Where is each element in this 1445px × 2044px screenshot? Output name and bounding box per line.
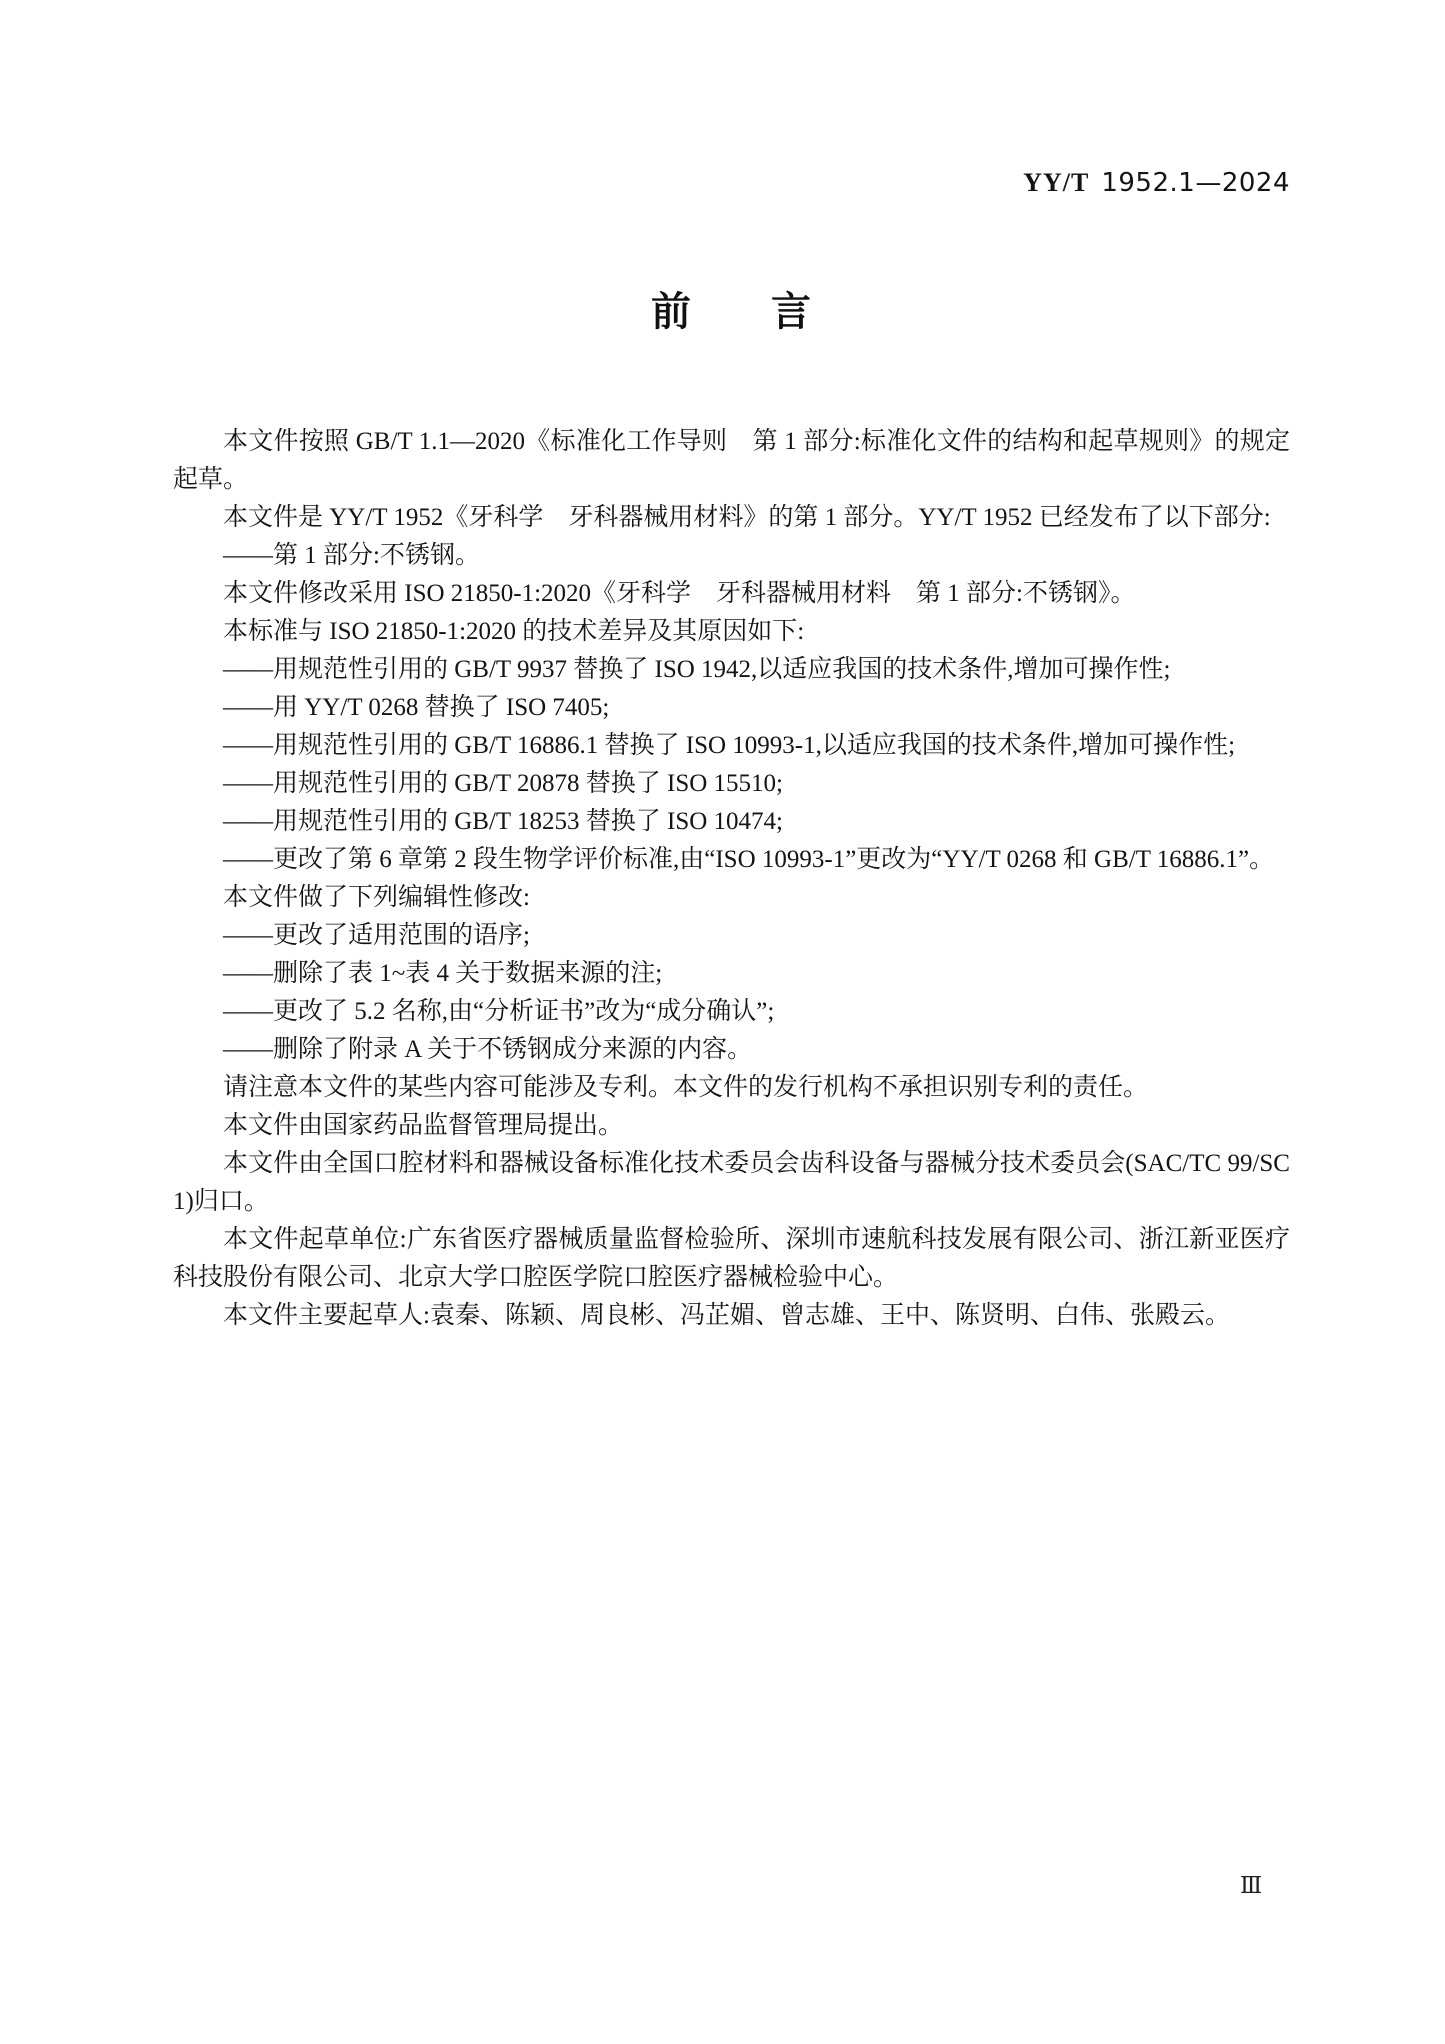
- paragraph-patent-notice: 请注意本文件的某些内容可能涉及专利。本文件的发行机构不承担识别专利的责任。: [173, 1069, 1290, 1107]
- page-title: 前 言: [172, 288, 1290, 336]
- list-item-editorial-1: ——更改了适用范围的语序;: [173, 917, 1290, 955]
- paragraph-modified-adoption: 本文件修改采用 ISO 21850-1:2020《牙科学 牙科器械用材料 第 1…: [173, 575, 1290, 613]
- foreword-body: 本文件按照 GB/T 1.1—2020《标准化工作导则 第 1 部分:标准化文件…: [173, 423, 1290, 1335]
- list-item-editorial-3: ——更改了 5.2 名称,由“分析证书”改为“成分确认”;: [173, 993, 1290, 1031]
- paragraph-part-statement: 本文件是 YY/T 1952《牙科学 牙科器械用材料》的第 1 部分。YY/T …: [173, 499, 1290, 537]
- list-item-difference-6: ——更改了第 6 章第 2 段生物学评价标准,由“ISO 10993-1”更改为…: [173, 841, 1290, 879]
- list-item-part-1: ——第 1 部分:不锈钢。: [173, 537, 1290, 575]
- paragraph-editorial-changes-intro: 本文件做了下列编辑性修改:: [173, 879, 1290, 917]
- paragraph-drafting-organizations: 本文件起草单位:广东省医疗器械质量监督检验所、深圳市速航科技发展有限公司、浙江新…: [173, 1221, 1290, 1297]
- standard-edition: 1952.1—2024: [1101, 168, 1290, 198]
- paragraph-drafters: 本文件主要起草人:袁秦、陈颖、周良彬、冯芷媚、曾志雄、王中、陈贤明、白伟、张殿云…: [173, 1297, 1290, 1335]
- paragraph-drafting-basis: 本文件按照 GB/T 1.1—2020《标准化工作导则 第 1 部分:标准化文件…: [173, 423, 1290, 499]
- list-item-difference-4: ——用规范性引用的 GB/T 20878 替换了 ISO 15510;: [173, 765, 1290, 803]
- list-item-difference-5: ——用规范性引用的 GB/T 18253 替换了 ISO 10474;: [173, 803, 1290, 841]
- list-item-difference-2: ——用 YY/T 0268 替换了 ISO 7405;: [173, 689, 1290, 727]
- standard-code: YY/T: [1023, 168, 1089, 197]
- document-page: YY/T1952.1—2024 前 言 本文件按照 GB/T 1.1—2020《…: [0, 0, 1445, 2044]
- paragraph-centralized-by: 本文件由全国口腔材料和器械设备标准化技术委员会齿科设备与器械分技术委员会(SAC…: [173, 1145, 1290, 1221]
- page-number: Ⅲ: [1240, 1872, 1262, 1900]
- list-item-difference-1: ——用规范性引用的 GB/T 9937 替换了 ISO 1942,以适应我国的技…: [173, 651, 1290, 689]
- list-item-difference-3: ——用规范性引用的 GB/T 16886.1 替换了 ISO 10993-1,以…: [173, 727, 1290, 765]
- standard-number: YY/T1952.1—2024: [172, 168, 1290, 198]
- list-item-editorial-4: ——删除了附录 A 关于不锈钢成分来源的内容。: [173, 1031, 1290, 1069]
- paragraph-proposed-by: 本文件由国家药品监督管理局提出。: [173, 1107, 1290, 1145]
- list-item-editorial-2: ——删除了表 1~表 4 关于数据来源的注;: [173, 955, 1290, 993]
- paragraph-technical-differences-intro: 本标准与 ISO 21850-1:2020 的技术差异及其原因如下:: [173, 613, 1290, 651]
